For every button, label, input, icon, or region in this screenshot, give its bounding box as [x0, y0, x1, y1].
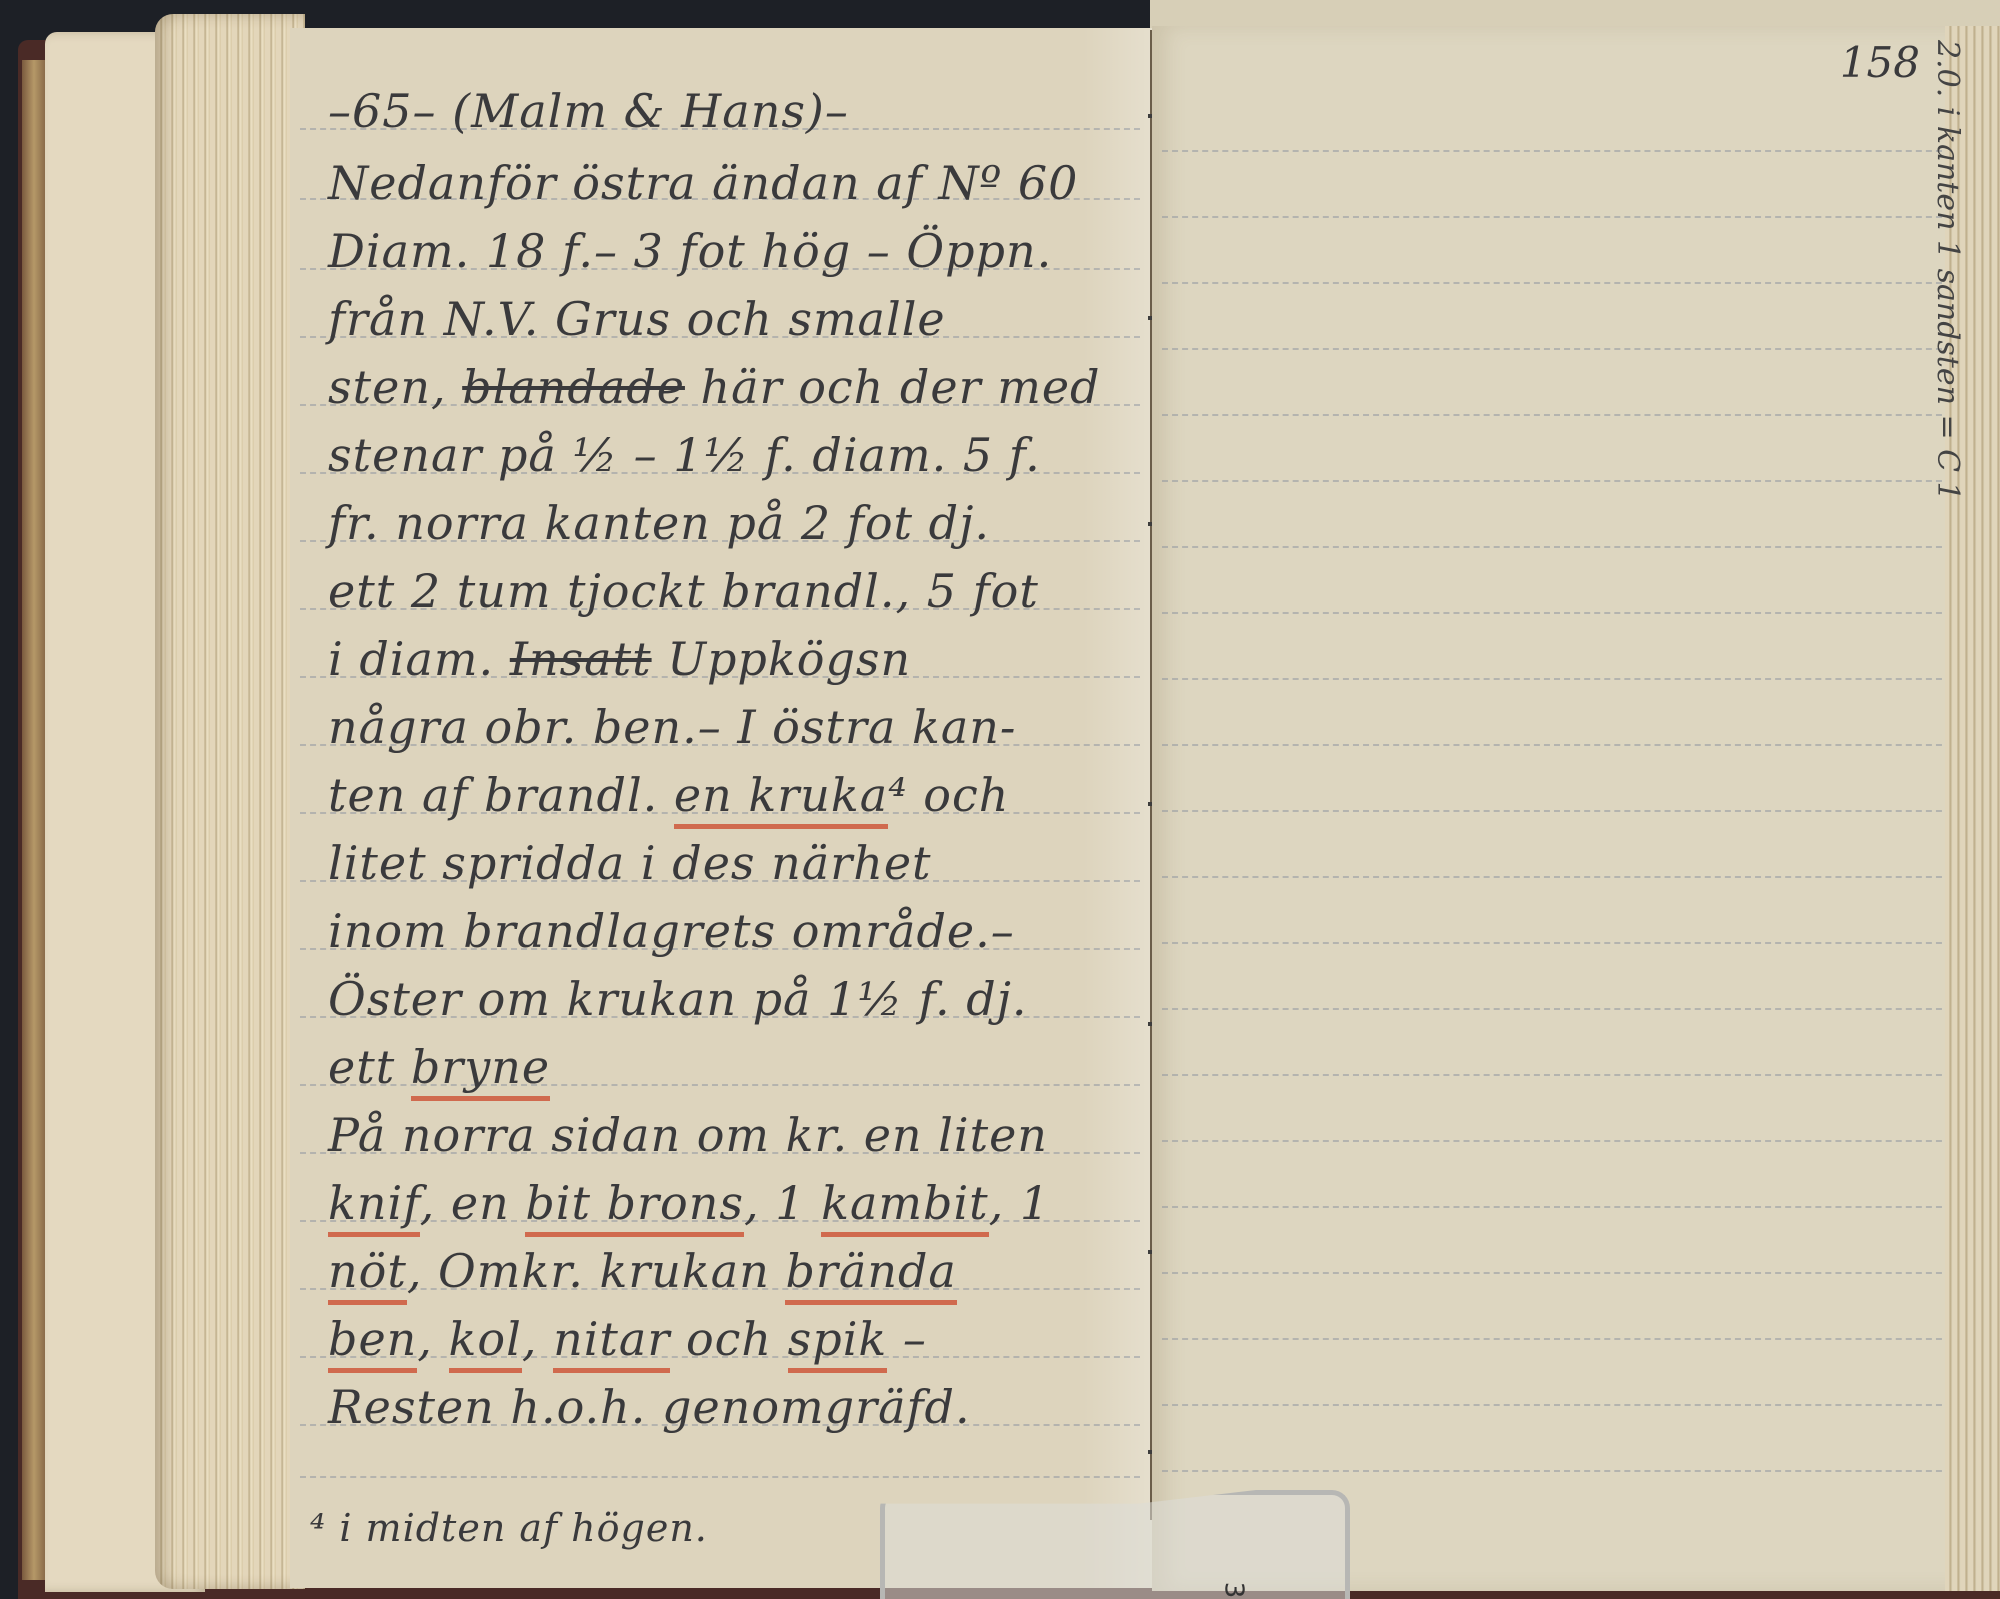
footnote: ⁴ i midten af högen.: [310, 1506, 708, 1550]
line-text: här och der med: [685, 360, 1101, 414]
struck-text: blandade: [462, 360, 685, 414]
right-page: [1152, 26, 1960, 1591]
handwritten-line: –65– (Malm & Hans)–: [328, 84, 849, 138]
handwritten-line: nöt, Omkr. krukan brända: [328, 1244, 957, 1298]
ruled-line: [1162, 876, 1952, 878]
page-number: 158: [1840, 38, 1920, 87]
handwritten-line: från N.V. Grus och smalle: [328, 292, 946, 346]
ruled-line: [1162, 744, 1952, 746]
line-text: Uppkögsn: [652, 632, 912, 686]
ruled-line: [1162, 414, 1952, 416]
ruled-line: [1162, 1074, 1952, 1076]
line-text: ,: [522, 1312, 553, 1366]
left-page: –65– (Malm & Hans)– Nedanför östra ändan…: [290, 28, 1152, 1588]
underlined-text: knif: [328, 1176, 420, 1237]
line-text: några obr. ben.– I östra kan-: [328, 700, 1016, 754]
handwritten-line: sten, blandade här och der med: [328, 360, 1101, 414]
ruled-line: [300, 1476, 1140, 1478]
ruled-line: [1162, 1470, 1952, 1472]
handwritten-line: Diam. 18 f.– 3 fot hög – Öppn.: [328, 224, 1052, 278]
underlined-text: brända: [785, 1244, 956, 1305]
line-text: Öster om krukan på 1½ f. dj.: [328, 972, 1028, 1026]
underlined-text: nitar: [553, 1312, 670, 1373]
ruled-line: [1162, 1008, 1952, 1010]
ruled-line: [1162, 150, 1952, 152]
handwritten-line: ten af brandl. en kruka⁴ och: [328, 768, 1009, 822]
underlined-text: en kruka: [674, 768, 888, 829]
handwritten-line: ben, kol, nitar och spik –: [328, 1312, 927, 1366]
footnote-text: ⁴ i midten af högen.: [310, 1506, 708, 1550]
handwritten-line: stenar på ½ – 1½ f. diam. 5 f.: [328, 428, 1041, 482]
underlined-text: kol: [449, 1312, 522, 1373]
line-text: inom brandlagrets område.–: [328, 904, 1015, 958]
line-text: ett: [328, 1040, 411, 1094]
handwritten-line: Resten h.o.h. genomgräfd.: [328, 1380, 971, 1434]
ruled-line: [1162, 678, 1952, 680]
ruled-line: [1162, 1338, 1952, 1340]
ruled-line: [1162, 1272, 1952, 1274]
handwritten-line: Nedanför östra ändan af Nº 60: [328, 156, 1078, 210]
ruled-line: [1162, 810, 1952, 812]
line-text: ,: [417, 1312, 448, 1366]
line-text: , 1: [744, 1176, 821, 1230]
handwritten-line: ett 2 tum tjockt brandl., 5 fot: [328, 564, 1039, 618]
handwritten-line: några obr. ben.– I östra kan-: [328, 700, 1016, 754]
page-stack-left: [155, 14, 305, 1589]
handwritten-line: På norra sidan om kr. en liten: [328, 1108, 1048, 1162]
line-text: , en: [420, 1176, 526, 1230]
ruled-line: [1162, 942, 1952, 944]
line-text: sten,: [328, 360, 462, 414]
underlined-text: kambit: [821, 1176, 989, 1237]
underlined-text: bryne: [411, 1040, 550, 1101]
line-text: Diam. 18 f.– 3 fot hög – Öppn.: [328, 224, 1052, 278]
margin-note: 2.0. i kanten 1 sandsten = C 1: [1930, 40, 1965, 501]
line-text: stenar på ½ – 1½ f. diam. 5 f.: [328, 428, 1041, 482]
ruled-line: [1162, 282, 1952, 284]
struck-text: Insatt: [510, 632, 652, 686]
handwritten-line: fr. norra kanten på 2 fot dj.: [328, 496, 990, 550]
ruled-line: [1162, 216, 1952, 218]
handwritten-line: litet spridda i des närhet: [328, 836, 932, 890]
page-clip: [880, 1490, 1350, 1599]
line-text: ⁴ och: [888, 768, 1009, 822]
handwritten-line: Öster om krukan på 1½ f. dj.: [328, 972, 1028, 1026]
line-text: , Omkr. krukan: [407, 1244, 786, 1298]
line-text: Nedanför östra ändan af Nº 60: [328, 156, 1078, 210]
handwritten-line: i diam. Insatt Uppkögsn: [328, 632, 911, 686]
line-text: ett 2 tum tjockt brandl., 5 fot: [328, 564, 1039, 618]
underlined-text: bit brons: [525, 1176, 744, 1237]
line-text: litet spridda i des närhet: [328, 836, 932, 890]
line-text: ten af brandl.: [328, 768, 674, 822]
handwritten-line: ett bryne: [328, 1040, 550, 1094]
line-text: –65– (Malm & Hans)–: [328, 84, 849, 138]
clip-mark: 3: [1218, 1582, 1248, 1599]
line-text: från N.V. Grus och smalle: [328, 292, 946, 346]
underlined-text: ben: [328, 1312, 417, 1373]
handwritten-line: inom brandlagrets område.–: [328, 904, 1015, 958]
line-text: , 1: [989, 1176, 1051, 1230]
handwritten-line: knif, en bit brons, 1 kambit, 1: [328, 1176, 1050, 1230]
line-text: Resten h.o.h. genomgräfd.: [328, 1380, 971, 1434]
ruled-line: [1162, 1140, 1952, 1142]
ruled-line: [1162, 1404, 1952, 1406]
ruled-line: [1162, 546, 1952, 548]
ruled-line: [1162, 480, 1952, 482]
underlined-text: spik: [788, 1312, 888, 1373]
line-text: –: [887, 1312, 927, 1366]
line-text: i diam.: [328, 632, 510, 686]
ruled-line: [1162, 612, 1952, 614]
line-text: fr. norra kanten på 2 fot dj.: [328, 496, 990, 550]
underlined-text: nöt: [328, 1244, 407, 1305]
ruled-line: [1162, 1206, 1952, 1208]
ruled-line: [1162, 348, 1952, 350]
line-text: På norra sidan om kr. en liten: [328, 1108, 1048, 1162]
line-text: och: [670, 1312, 787, 1366]
